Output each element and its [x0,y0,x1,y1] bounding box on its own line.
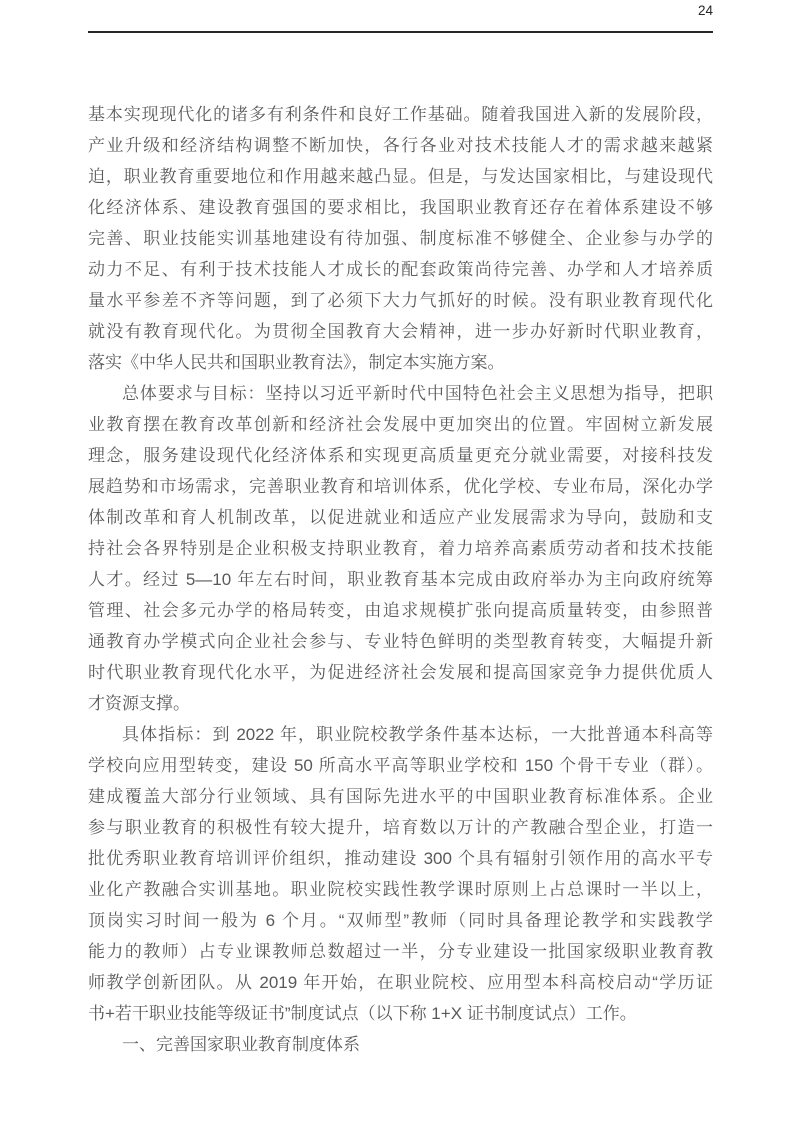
text-line: 批优秀职业教育培训评价组织，推动建设 300 个具有辐射引领作用的高水平专 [88,843,713,874]
text-line: 顶岗实习时间一般为 6 个月。“双师型”教师（同时具备理论教学和实践教学 [88,905,713,936]
text-line: 迫，职业教育重要地位和作用越来越凸显。但是，与发达国家相比，与建设现代 [88,161,713,192]
text-line: 量水平参差不齐等问题，到了必须下大力气抓好的时候。没有职业教育现代化 [88,285,713,316]
paragraph: 具体指标：到 2022 年，职业院校教学条件基本达标，一大批普通本科高等学校向应… [88,719,713,1029]
text-line: 书+若干职业技能等级证书”制度试点（以下称 1+X 证书制度试点）工作。 [88,998,713,1029]
text-line: 化经济体系、建设教育强国的要求相比，我国职业教育还存在着体系建设不够 [88,192,713,223]
document-body: 基本实现现代化的诸多有利条件和良好工作基础。随着我国进入新的发展阶段，产业升级和… [88,99,713,1060]
text-line: 人才。经过 5—10 年左右时间，职业教育基本完成由政府举办为主向政府统筹 [88,564,713,595]
text-line: 落实《中华人民共和国职业教育法》，制定本实施方案。 [88,347,713,378]
text-line: 管理、社会多元办学的格局转变，由追求规模扩张向提高质量转变，由参照普 [88,595,713,626]
text-line: 师教学创新团队。从 2019 年开始，在职业院校、应用型本科高校启动“学历证 [88,967,713,998]
text-line: 通教育办学模式向企业社会参与、专业特色鲜明的类型教育转变，大幅提升新 [88,626,713,657]
document-page: { "header": { "page_number": "24" }, "co… [0,0,793,1122]
text-line: 就没有教育现代化。为贯彻全国教育大会精神，进一步办好新时代职业教育， [88,316,713,347]
text-line: 持社会各界特别是企业积极支持职业教育，着力培养高素质劳动者和技术技能 [88,533,713,564]
text-line: 基本实现现代化的诸多有利条件和良好工作基础。随着我国进入新的发展阶段， [88,99,713,130]
text-line: 参与职业教育的积极性有较大提升，培育数以万计的产教融合型企业，打造一 [88,812,713,843]
text-line: 动力不足、有利于技术技能人才成长的配套政策尚待完善、办学和人才培养质 [88,254,713,285]
text-line: 业教育摆在教育改革创新和经济社会发展中更加突出的位置。牢固树立新发展 [88,409,713,440]
text-line: 完善、职业技能实训基地建设有待加强、制度标准不够健全、企业参与办学的 [88,223,713,254]
text-line: 一、完善国家职业教育制度体系 [88,1029,713,1060]
text-line: 建成覆盖大部分行业领域、具有国际先进水平的中国职业教育标准体系。企业 [88,781,713,812]
paragraph: 总体要求与目标：坚持以习近平新时代中国特色社会主义思想为指导，把职业教育摆在教育… [88,378,713,719]
text-line: 时代职业教育现代化水平，为促进经济社会发展和提高国家竞争力提供优质人 [88,657,713,688]
text-line: 学校向应用型转变，建设 50 所高水平高等职业学校和 150 个骨干专业（群）。 [88,750,713,781]
text-line: 总体要求与目标：坚持以习近平新时代中国特色社会主义思想为指导，把职 [88,378,713,409]
header-rule [88,31,713,33]
text-line: 产业升级和经济结构调整不断加快，各行各业对技术技能人才的需求越来越紧 [88,130,713,161]
paragraph: 基本实现现代化的诸多有利条件和良好工作基础。随着我国进入新的发展阶段，产业升级和… [88,99,713,378]
section-heading: 一、完善国家职业教育制度体系 [88,1029,713,1060]
text-line: 展趋势和市场需求，完善职业教育和培训体系，优化学校、专业布局，深化办学 [88,471,713,502]
text-line: 理念，服务建设现代化经济体系和实现更高质量更充分就业需要，对接科技发 [88,440,713,471]
text-line: 才资源支撑。 [88,688,713,719]
text-line: 能力的教师）占专业课教师总数超过一半，分专业建设一批国家级职业教育教 [88,936,713,967]
text-line: 业化产教融合实训基地。职业院校实践性教学课时原则上占总课时一半以上， [88,874,713,905]
text-line: 体制改革和育人机制改革，以促进就业和适应产业发展需求为导向，鼓励和支 [88,502,713,533]
text-line: 具体指标：到 2022 年，职业院校教学条件基本达标，一大批普通本科高等 [88,719,713,750]
page-number: 24 [88,3,713,18]
